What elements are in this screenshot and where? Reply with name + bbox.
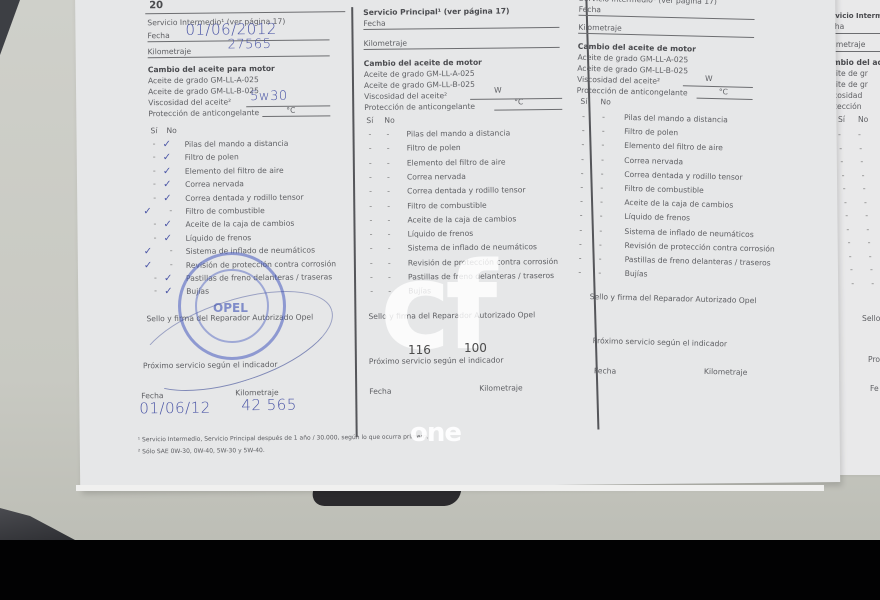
fecha-label: Fecha bbox=[363, 20, 385, 28]
si-mark: - bbox=[579, 255, 582, 263]
si-mark: - bbox=[368, 131, 371, 139]
check-item-label: Aceite de la caja de cambios bbox=[624, 199, 733, 209]
si-mark: ✓ bbox=[143, 207, 151, 217]
check-item-label: Líquido de frenos bbox=[186, 234, 252, 242]
no-mark: - bbox=[598, 269, 601, 277]
no-mark: - bbox=[601, 142, 604, 150]
no-mark: ✓ bbox=[164, 234, 172, 244]
rule bbox=[145, 11, 345, 14]
next-km-value: 42 565 bbox=[241, 398, 297, 414]
rule bbox=[494, 109, 562, 111]
no-mark: - bbox=[387, 188, 390, 196]
check-item-label: Líquido de frenos bbox=[624, 213, 690, 222]
no-mark: - bbox=[864, 199, 867, 207]
rule bbox=[363, 27, 559, 30]
next-fecha-label: Fe bbox=[870, 385, 879, 393]
si-mark: - bbox=[369, 159, 372, 167]
check-item-label: Filtro de polen bbox=[407, 144, 461, 152]
check-item-label: Pastillas de freno delanteras / traseros bbox=[625, 256, 771, 267]
watermark-brand: one bbox=[410, 418, 461, 448]
no-mark: - bbox=[599, 255, 602, 263]
check-item-label: Filtro de combustible bbox=[185, 207, 265, 215]
dark-corner bbox=[0, 508, 75, 540]
si-mark: - bbox=[369, 174, 372, 182]
check-item-label: Filtro de polen bbox=[185, 154, 239, 162]
si-mark: - bbox=[153, 221, 156, 229]
oil-b: Aceite de grado GM-LL-B-025 bbox=[148, 87, 259, 96]
si-mark: - bbox=[845, 212, 848, 220]
si-mark: - bbox=[370, 274, 373, 282]
si-mark: - bbox=[370, 288, 373, 296]
si-mark: - bbox=[581, 155, 584, 163]
km-label: Kilometraje bbox=[578, 24, 622, 33]
next-fecha-label: Fecha bbox=[369, 388, 391, 396]
check-item-label: Pilas del mando a distancia bbox=[185, 140, 289, 149]
check-item-label: Elemento del filtro de aire bbox=[185, 167, 284, 176]
check-item-label: Filtro de polen bbox=[624, 128, 678, 137]
si-mark: - bbox=[840, 158, 843, 166]
si-mark: - bbox=[849, 253, 852, 261]
antifreeze-unit: °C bbox=[286, 107, 295, 115]
page-number: 20 bbox=[149, 0, 163, 11]
no-label: No bbox=[858, 116, 868, 124]
oil-title: Cambio del aceite de motor bbox=[364, 59, 482, 68]
si-label: Sí bbox=[150, 127, 157, 135]
no-mark: ✓ bbox=[163, 140, 171, 150]
check-item-label: Correa dentada y rodillo tensor bbox=[624, 171, 743, 181]
no-mark: - bbox=[601, 156, 604, 164]
no-mark: - bbox=[870, 266, 873, 274]
next-km-label: Kilometraje bbox=[479, 384, 523, 392]
si-label: Sí bbox=[366, 117, 373, 125]
fecha-label: Fecha bbox=[147, 32, 169, 40]
rule bbox=[697, 98, 753, 100]
no-label: No bbox=[166, 127, 176, 135]
viscosity-label: Viscosidad del aceite² bbox=[148, 98, 231, 106]
si-mark: - bbox=[581, 141, 584, 149]
watermark-number-right: 100 bbox=[464, 341, 487, 355]
no-mark: - bbox=[868, 239, 871, 247]
fecha-value: 01/06/2012 bbox=[185, 22, 277, 38]
si-mark: - bbox=[153, 180, 156, 188]
check-item-label: Correa dentada y rodillo tensor bbox=[185, 193, 303, 202]
check-item-label: Líquido de frenos bbox=[408, 230, 474, 238]
check-item-label: Sistema de inflado de neumáticos bbox=[624, 227, 753, 238]
no-mark: - bbox=[600, 184, 603, 192]
si-mark: - bbox=[580, 212, 583, 220]
no-mark: - bbox=[865, 212, 868, 220]
rule bbox=[262, 115, 330, 117]
fecha-label: Fecha bbox=[579, 6, 601, 14]
si-mark: - bbox=[579, 241, 582, 249]
si-mark: - bbox=[842, 172, 845, 180]
no-mark: - bbox=[599, 227, 602, 235]
check-item-label: Correa nervada bbox=[185, 180, 244, 188]
si-mark: - bbox=[846, 226, 849, 234]
no-mark: ✓ bbox=[163, 167, 171, 177]
check-item-label: Bujías bbox=[625, 270, 648, 278]
viscosity-unit: W bbox=[705, 75, 713, 83]
rule bbox=[578, 33, 754, 38]
next-km-label: Kilometraje bbox=[704, 368, 748, 377]
check-item-label: Elemento del filtro de aire bbox=[407, 158, 506, 167]
photo: Servicio Intermedio¹ Fecha Kilometraje C… bbox=[0, 0, 880, 540]
no-mark: - bbox=[871, 280, 874, 288]
si-mark: - bbox=[580, 184, 583, 192]
rule bbox=[579, 15, 755, 20]
km-label: Kilometraje bbox=[148, 48, 192, 56]
check-item-label: Revisión de protección contra corrosión bbox=[624, 242, 774, 253]
no-mark: - bbox=[600, 198, 603, 206]
viscosity-label: Viscosidad del aceite² bbox=[577, 76, 660, 86]
no-mark: - bbox=[170, 261, 173, 269]
footnote-1: ¹ Servicio Intermedio, Servicio Principa… bbox=[138, 434, 429, 443]
si-mark: - bbox=[369, 202, 372, 210]
si-mark: - bbox=[844, 199, 847, 207]
no-mark: - bbox=[387, 174, 390, 182]
viscosity-value: 5w30 bbox=[250, 90, 288, 103]
no-mark: ✓ bbox=[163, 220, 171, 230]
check-item-label: Aceite de la caja de cambios bbox=[185, 220, 294, 229]
no-mark: - bbox=[169, 207, 172, 215]
si-mark: - bbox=[370, 245, 373, 253]
seal-label: Sello y firma del Reparador Autorizado O… bbox=[590, 293, 757, 305]
next-service-label: Próximo servicio según el indicador bbox=[593, 337, 728, 348]
viscosity-unit: W bbox=[494, 87, 502, 95]
si-mark: - bbox=[851, 280, 854, 288]
no-mark: ✓ bbox=[164, 287, 172, 297]
no-mark: - bbox=[866, 226, 869, 234]
no-mark: ✓ bbox=[163, 153, 171, 163]
column-divider bbox=[351, 7, 357, 437]
si-mark: - bbox=[579, 226, 582, 234]
si-mark: - bbox=[578, 269, 581, 277]
oil-b: Aceite de grado GM-LL-B-025 bbox=[577, 65, 688, 75]
black-letterbox bbox=[0, 540, 880, 600]
si-mark: - bbox=[370, 260, 373, 268]
oil-a: Aceite de grado GM-LL-A-025 bbox=[364, 70, 475, 79]
oil-title: Cambio del aceite de motor bbox=[578, 43, 696, 53]
no-mark: ✓ bbox=[163, 194, 171, 204]
antifreeze-unit: °C bbox=[514, 98, 523, 106]
si-mark: - bbox=[154, 234, 157, 242]
no-mark: - bbox=[862, 172, 865, 180]
no-mark: - bbox=[859, 145, 862, 153]
no-mark: - bbox=[387, 202, 390, 210]
check-item-label: Elemento del filtro de aire bbox=[624, 142, 723, 152]
si-label: Sí bbox=[580, 98, 587, 106]
check-item-label: Pilas del mando a distancia bbox=[406, 129, 510, 138]
si-label: Sí bbox=[838, 116, 845, 124]
si-mark: - bbox=[370, 231, 373, 239]
si-mark: - bbox=[154, 288, 157, 296]
middle-column: Servicio Principal¹ (ver página 17) Fech… bbox=[363, 7, 563, 9]
si-mark: - bbox=[580, 198, 583, 206]
no-mark: ✓ bbox=[163, 180, 171, 190]
km-value: 27565 bbox=[228, 38, 272, 51]
dark-corner bbox=[0, 0, 20, 55]
si-mark: - bbox=[153, 154, 156, 162]
si-mark: - bbox=[153, 140, 156, 148]
footnote-2: ² Sólo SAE 0W-30, 0W-40, 5W-30 y 5W-40. bbox=[138, 448, 265, 455]
heading: Servicio Principal¹ (ver página 17) bbox=[363, 7, 509, 16]
no-mark: - bbox=[599, 241, 602, 249]
no-mark: - bbox=[387, 145, 390, 153]
no-label: No bbox=[600, 98, 611, 106]
no-mark: - bbox=[170, 247, 173, 255]
watermark-number-left: 116 bbox=[408, 343, 431, 357]
left-column: Servicio Intermedio¹ (ver página 17) Fec… bbox=[147, 17, 337, 19]
si-mark: - bbox=[369, 188, 372, 196]
next-fecha-label: Fecha bbox=[594, 367, 616, 375]
si-mark: - bbox=[838, 131, 841, 139]
oil-a: Aceite de grado GM-LL-A-025 bbox=[577, 54, 688, 64]
si-mark: - bbox=[582, 113, 585, 121]
next-service-label: Pro bbox=[868, 356, 880, 364]
oil-a: Aceite de grado GM-LL-A-025 bbox=[148, 76, 259, 85]
check-item-label: Aceite de la caja de cambios bbox=[407, 215, 516, 224]
no-mark: - bbox=[601, 170, 604, 178]
si-mark: - bbox=[843, 185, 846, 193]
no-mark: - bbox=[869, 253, 872, 261]
si-mark: ✓ bbox=[144, 247, 152, 257]
no-mark: ✓ bbox=[164, 274, 172, 284]
no-mark: - bbox=[858, 131, 861, 139]
si-mark: ✓ bbox=[144, 261, 152, 271]
si-mark: - bbox=[153, 194, 156, 202]
si-mark: - bbox=[369, 145, 372, 153]
no-mark: - bbox=[602, 128, 605, 136]
no-label: No bbox=[384, 117, 394, 125]
si-mark: - bbox=[839, 145, 842, 153]
no-mark: - bbox=[860, 158, 863, 166]
check-item-label: Correa dentada y rodillo tensor bbox=[407, 186, 525, 195]
no-mark: - bbox=[602, 113, 605, 121]
check-item-label: Correa nervada bbox=[624, 156, 683, 165]
si-mark: - bbox=[369, 217, 372, 225]
antifreeze-label: Protección de anticongelante bbox=[577, 87, 688, 97]
no-mark: - bbox=[387, 217, 390, 225]
check-item-label: Correa nervada bbox=[407, 173, 466, 181]
no-mark: - bbox=[600, 213, 603, 221]
si-mark: - bbox=[581, 170, 584, 178]
si-mark: - bbox=[154, 274, 157, 282]
viscosity-label: Viscosidad del aceite² bbox=[364, 92, 447, 100]
seal-label: Sello bbox=[862, 315, 880, 323]
no-mark: - bbox=[387, 159, 390, 167]
next-fecha-value: 01/06/12 bbox=[139, 401, 211, 417]
check-item-label: Pilas del mando a distancia bbox=[624, 114, 728, 124]
check-item-label: Filtro de combustible bbox=[624, 185, 704, 195]
antifreeze-unit: °C bbox=[719, 88, 728, 96]
no-mark: - bbox=[386, 131, 389, 139]
oil-title: Cambio del aceite para motor bbox=[148, 65, 275, 74]
km-label: Kilometraje bbox=[364, 40, 408, 48]
page-edge bbox=[76, 485, 824, 491]
si-mark: - bbox=[850, 266, 853, 274]
si-mark: - bbox=[582, 127, 585, 135]
si-mark: - bbox=[153, 167, 156, 175]
check-item-label: Filtro de combustible bbox=[407, 201, 487, 209]
no-mark: - bbox=[863, 185, 866, 193]
oil-b: Aceite de grado GM-LL-B-025 bbox=[364, 81, 475, 90]
antifreeze-label: Protección de anticongelante bbox=[148, 109, 259, 118]
antifreeze-label: Protección de anticongelante bbox=[364, 103, 475, 112]
si-mark: - bbox=[848, 239, 851, 247]
